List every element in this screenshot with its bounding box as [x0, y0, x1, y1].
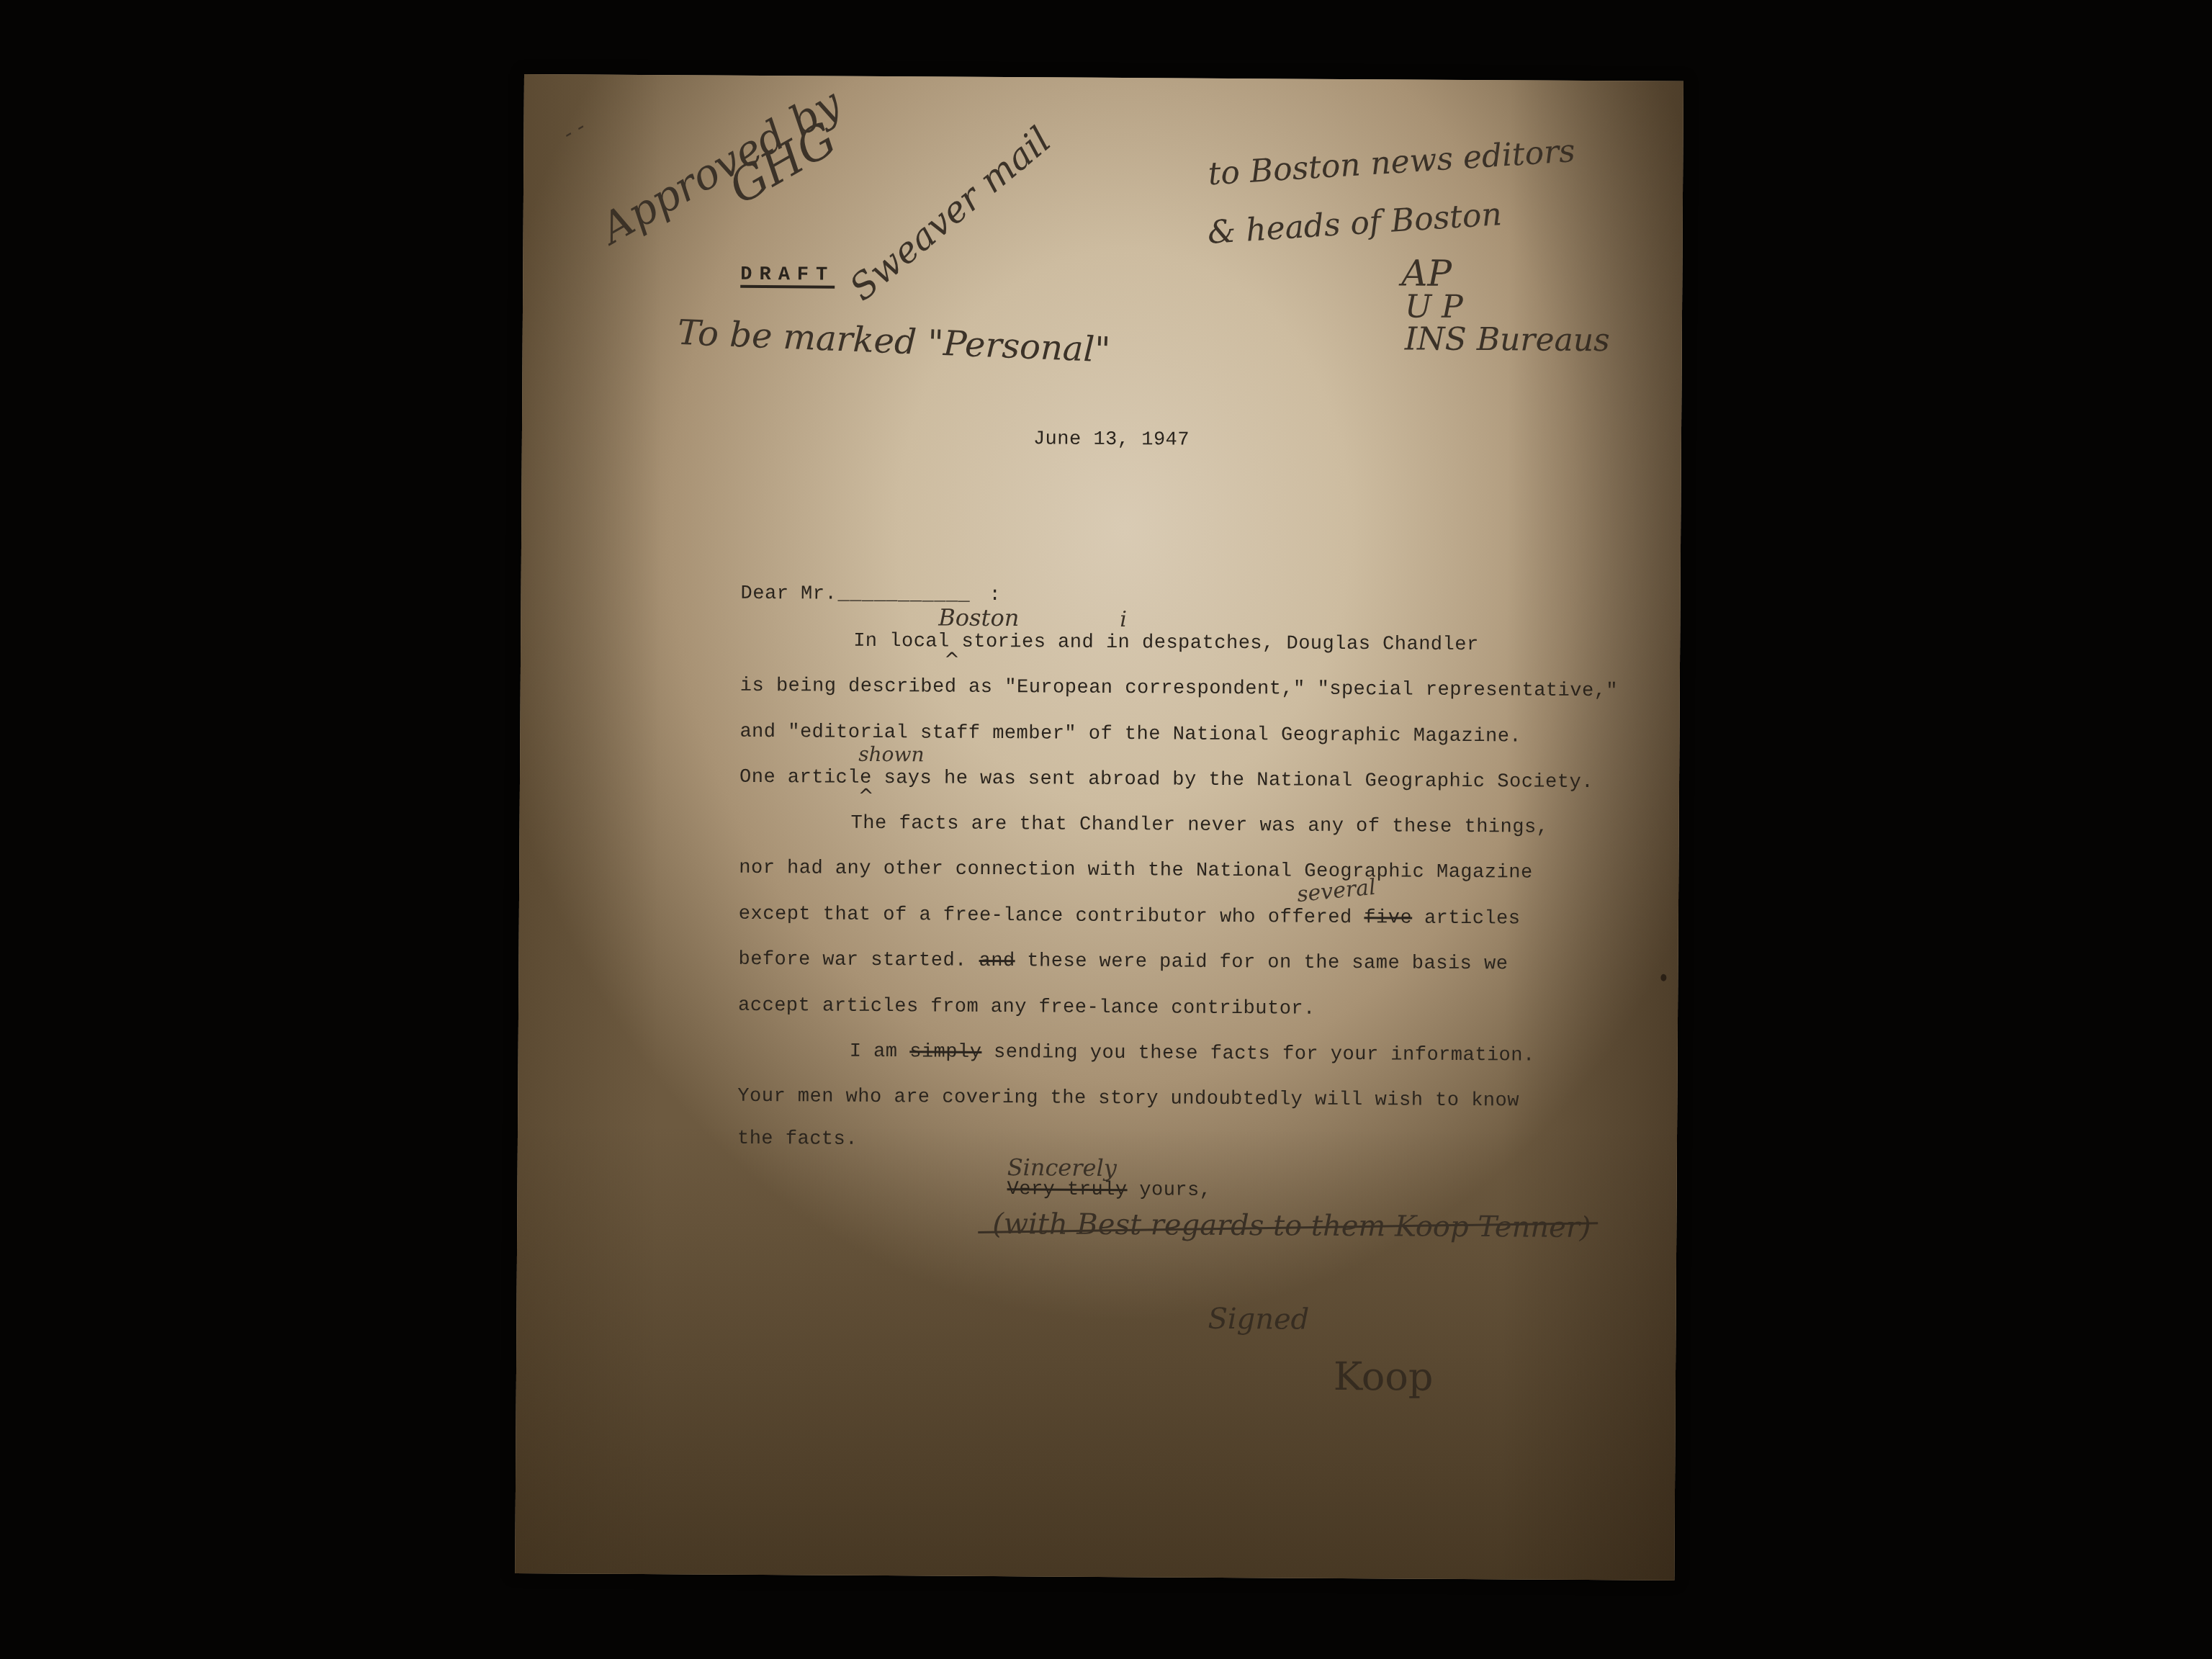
body-line-7-after: articles: [1412, 908, 1521, 930]
mail-method-note: Sweaver mail: [842, 119, 1058, 309]
body-line-7-before: except that of a free-lance contributor …: [739, 904, 1364, 929]
distribution-line-1: to Boston news editors: [1207, 132, 1576, 192]
struck-handwritten-regards: (with Best regards to them Koop Tenner): [992, 1208, 1591, 1244]
closing-replacement-sincerely: Sincerely: [1007, 1154, 1117, 1182]
salutation-blank: ___________: [838, 584, 971, 606]
closing-line: Very truly yours,: [1007, 1179, 1211, 1202]
letter-paper: - - Approved by GHG Sweaver mail DRAFT T…: [515, 74, 1683, 1581]
body-line-10-after: sending you these facts for your informa…: [981, 1042, 1534, 1067]
salutation: Dear Mr. ___________ :: [524, 74, 1683, 81]
body-line-12: the facts.: [737, 1128, 858, 1151]
signature-koop: Koop: [1334, 1354, 1434, 1400]
body-line-8-before: before war started.: [738, 949, 979, 972]
insertion-despatches-i: i: [1120, 607, 1127, 632]
body-line-9: accept articles from any free-lance cont…: [738, 995, 1316, 1020]
body-line-10-before: I am: [850, 1041, 910, 1064]
salutation-colon: :: [989, 585, 1001, 606]
struck-closing: Very truly: [1007, 1179, 1127, 1201]
struck-word-five: five: [1364, 907, 1412, 929]
closing-yours: yours,: [1127, 1179, 1211, 1202]
body-line-5: The facts are that Chandler never was an…: [851, 813, 1549, 839]
letter-date: June 13, 1947: [1033, 428, 1190, 451]
salutation-prefix: Dear Mr.: [741, 583, 837, 606]
marking-instruction: To be marked "Personal": [677, 313, 1111, 371]
body-line-8: before war started. and these were paid …: [738, 949, 1508, 976]
struck-word-and: and: [979, 950, 1015, 972]
insertion-boston: Boston: [938, 604, 1019, 632]
distribution-line-4: U P: [1405, 288, 1463, 325]
body-line-6: nor had any other connection with the Na…: [739, 858, 1533, 884]
insertion-shown: shown: [858, 742, 924, 767]
body-line-11: Your men who are covering the story undo…: [737, 1086, 1519, 1112]
insertion-caret-2: ^: [858, 786, 874, 807]
body-line-10: I am simply sending you these facts for …: [850, 1041, 1535, 1067]
top-left-pen-mark: - -: [559, 114, 590, 146]
body-line-3: and "editorial staff member" of the Nati…: [739, 721, 1521, 748]
body-line-8-after: these were paid for on the same basis we: [1015, 950, 1509, 975]
distribution-line-2: & heads of Boston: [1207, 196, 1503, 251]
body-line-7: except that of a free-lance contributor …: [739, 904, 1521, 930]
distribution-line-5: INS Bureaus: [1405, 320, 1610, 359]
signed-note: Signed: [1208, 1303, 1309, 1336]
struck-word-simply: simply: [909, 1041, 981, 1064]
draft-heading: DRAFT: [740, 264, 835, 287]
ink-dot-right-margin: [1660, 974, 1666, 981]
insertion-caret-1: ^: [944, 649, 960, 671]
distribution-note: to Boston news editors & heads of Boston…: [524, 74, 1683, 81]
body-line-2: is being described as "European correspo…: [740, 675, 1618, 702]
